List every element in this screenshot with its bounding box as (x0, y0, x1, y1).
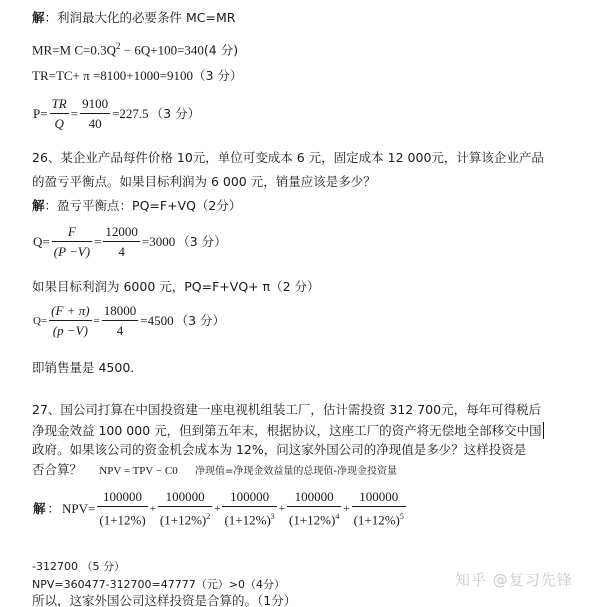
question-26-line1: 26、某企业产品每件价格 10元，单位可变成本 6 元，固定成本 12 000元… (32, 150, 544, 166)
conclusion-26: 即销售量是 4500. (32, 360, 134, 376)
text-cursor (543, 422, 545, 439)
fraction: 180004 (102, 302, 139, 340)
fraction: F(P −V) (52, 223, 92, 261)
equation-tr: TR=TC+ π =8100+1000=9100（3 分） (32, 68, 242, 84)
npv-definition: 净现值=净现金效益量的总现值-净现金投资量 (195, 466, 397, 477)
score: （3 分） (193, 68, 242, 83)
solution-label: 解 (32, 198, 45, 213)
target-profit-line: 如果目标利润为 6000 元，PQ=F+VQ+ π（2 分） (32, 279, 320, 295)
equation-price: P=TRQ=910040=227.5（3 分） (32, 95, 201, 133)
score: （3 分） (177, 234, 226, 249)
fraction: 910040 (80, 95, 110, 133)
fraction: 100000(1+12%)2 (158, 488, 212, 529)
npv-result-line: NPV=360477-312700=47777（元）>0（4分） (32, 576, 285, 593)
question-26-line2: 的盈亏平衡点。如果目标利润为 6 000 元，销量应该是多少？ (32, 174, 376, 190)
fraction: 100000(1+12%)5 (352, 488, 406, 529)
solution-label: 解 (33, 501, 46, 516)
score: (4 分) (204, 42, 238, 57)
solution-line-mc-mr: 解：利润最大化的必要条件 MC=MR (32, 10, 235, 26)
watermark: 知乎 @复习先锋 (455, 569, 573, 590)
solution-text: 利润最大化的必要条件 MC=MR (57, 10, 235, 25)
fraction: 100000(1+12%)4 (287, 488, 341, 529)
fraction: TRQ (50, 95, 69, 133)
fraction: (F + π)(p −V) (49, 302, 91, 340)
score: （3 分） (176, 313, 225, 328)
solution-26: 解：盈亏平衡点：PQ=F+VQ（2分） (32, 198, 241, 214)
equation-target-quantity: Q=(F + π)(p −V)=180004=4500（3 分） (32, 302, 226, 340)
fraction: 100000(1+12%) (97, 488, 147, 529)
npv-formula: NPV = TPV − C0 (99, 465, 177, 477)
conclusion-27: 所以，这家外国公司这样投资是合算的。（1分） (32, 593, 296, 607)
equation-npv: 解：NPV=100000(1+12%)+100000(1+12%)2+10000… (32, 488, 407, 529)
fraction: 100000(1+12%)3 (222, 488, 276, 529)
question-27-line3: 政府。如果该公司的资金机会成本为 12%，问这家外国公司的净现值是多少？这样投资… (32, 442, 526, 458)
investment-line: -312700 （5 分） (32, 558, 125, 575)
equation-mr-mc: MR=M C=0.3Q2 − 6Q+100=340(4 分) (32, 38, 238, 58)
question-27-line4: 否合算？ NPV = TPV − C0 净现值=净现金效益量的总现值-净现金投资… (32, 462, 397, 480)
fraction: 120004 (103, 223, 140, 261)
score: （3 分） (151, 106, 200, 121)
question-27-line1: 27、国公司打算在中国投资建一座电视机组装工厂，估计需投资 312 700元，每… (32, 402, 541, 418)
equation-break-even: Q=F(P −V)=120004=3000（3 分） (32, 223, 228, 261)
solution-label: 解 (32, 10, 45, 25)
question-27-line2: 净现金效益 100 000 元，但到第五年末，根据协议，这座工厂的资产将无偿地全… (32, 422, 544, 439)
